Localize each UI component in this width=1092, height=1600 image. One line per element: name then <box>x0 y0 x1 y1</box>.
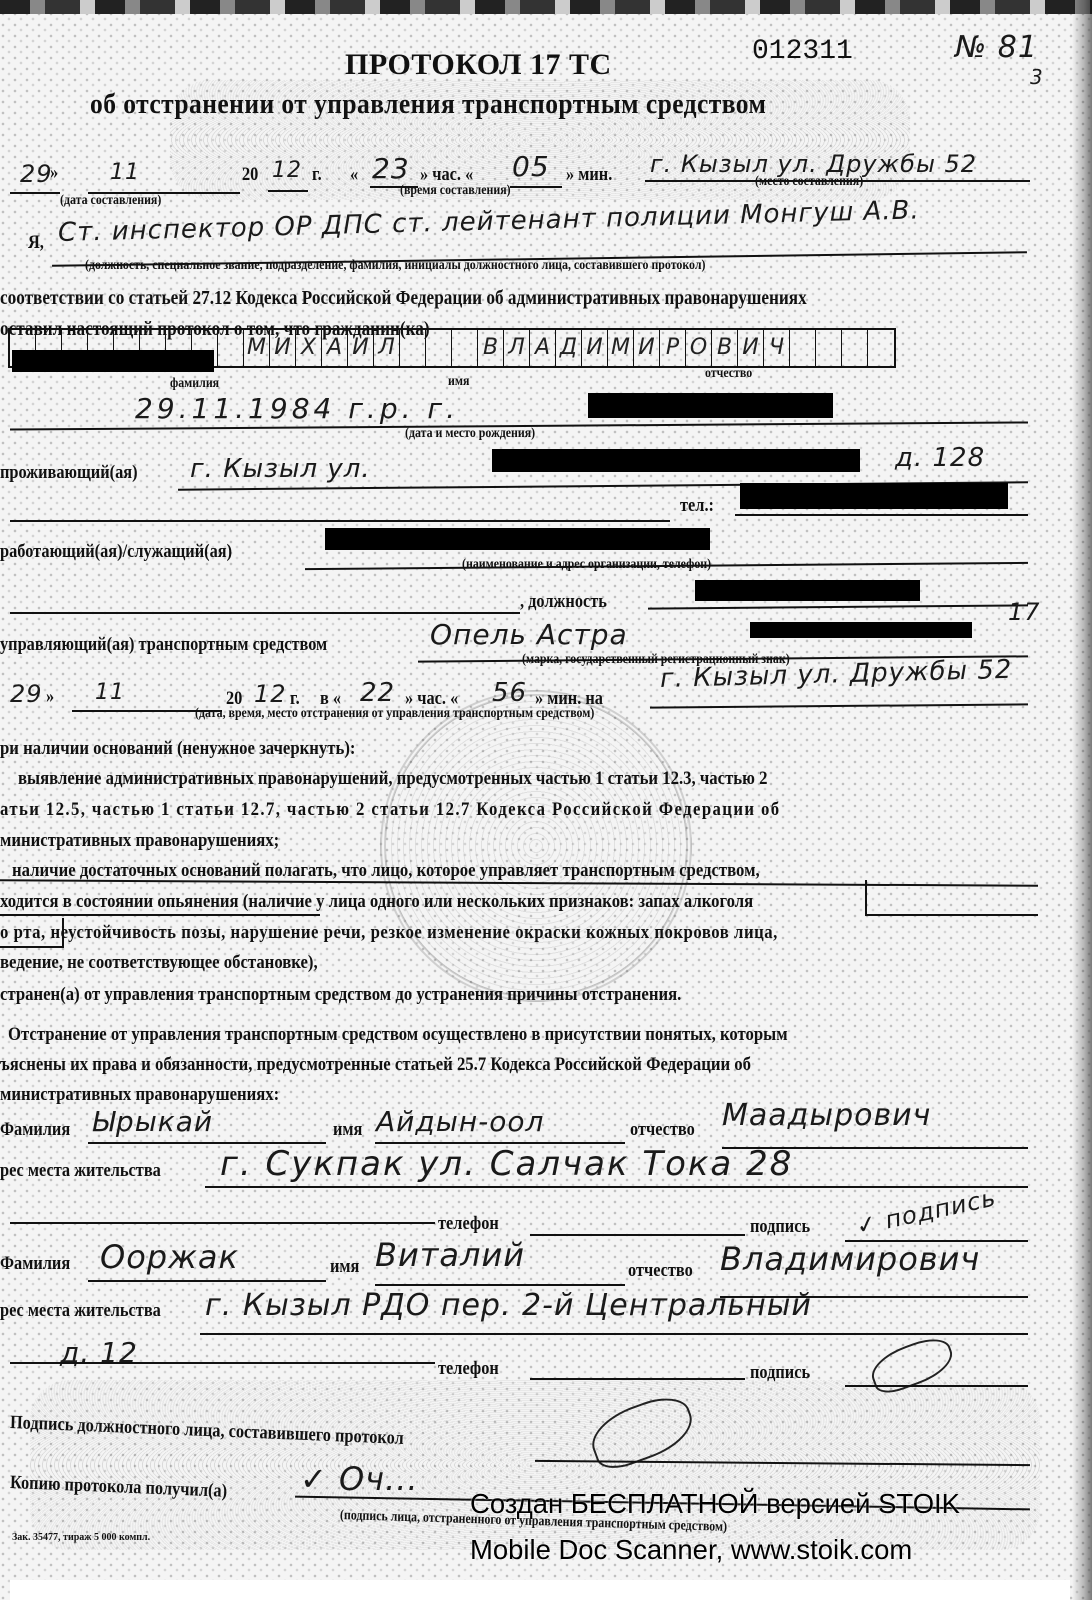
compilation-year-prefix: 20 <box>242 164 258 186</box>
field-line <box>648 604 1028 609</box>
name-grid-cell: И <box>270 330 296 366</box>
watermark-line2: Mobile Doc Scanner, www.stoik.com <box>470 1534 912 1566</box>
witness2-name-label: имя <box>330 1256 359 1278</box>
compilation-hour: 23 <box>372 152 410 185</box>
witness1-signature-label: подпись <box>750 1216 810 1238</box>
witness1-signature: ✓ подпись <box>854 1184 999 1241</box>
caption-compilation-date: (дата составления) <box>60 193 161 209</box>
field-line <box>10 520 670 522</box>
position-label: , должность <box>520 591 607 613</box>
work-label: работающий(ая)/служащий(ая) <box>0 541 232 563</box>
witnesses-intro-line2: ъяснены их права и обязанности, предусмо… <box>0 1050 751 1080</box>
removal-day: 29 <box>10 680 43 708</box>
removal-minute: 56 <box>492 678 527 708</box>
caption-officer: (должность, специальное звание, подразде… <box>85 258 706 274</box>
compilation-day-quote: » <box>50 162 58 184</box>
compilation-day: 29 <box>20 160 53 188</box>
residence-value: г. Кызыл ул. <box>190 454 371 484</box>
name-grid-cell: М <box>608 330 634 366</box>
field-line <box>735 514 1028 516</box>
bracket-mark <box>62 918 64 948</box>
watermark-line1: Создан БЕСПЛАТНОЙ версией STOIK <box>470 1488 960 1520</box>
scan-right-edge <box>1072 0 1092 1600</box>
caption-compilation-place: (место составления) <box>755 174 863 190</box>
field-line <box>845 1385 1028 1387</box>
witness2-phone-label: телефон <box>438 1358 499 1380</box>
compilation-minute-label: » мин. <box>566 164 612 186</box>
field-line <box>200 1333 1028 1335</box>
field-line <box>10 612 520 614</box>
witness2-name: Виталий <box>375 1236 525 1274</box>
field-line <box>205 1186 1028 1188</box>
removal-day-quote: » <box>46 686 54 708</box>
name-grid-cell: Д <box>556 330 582 366</box>
bracket-mark <box>865 880 867 916</box>
name-grid-cell <box>868 330 894 366</box>
officer-value: Ст. инспектор ОР ДПС ст. лейтенант полиц… <box>58 195 920 248</box>
name-grid-cell: В <box>478 330 504 366</box>
field-line <box>88 1280 326 1282</box>
name-grid-cell: В <box>712 330 738 366</box>
field-line <box>530 1234 745 1236</box>
witness2-patronymic: Владимирович <box>720 1240 980 1278</box>
bracket-underline <box>865 914 1038 916</box>
removal-year-suffix: 12 <box>254 680 287 708</box>
compilation-minute: 05 <box>512 150 550 183</box>
witness1-name: Айдын-оол <box>376 1105 544 1138</box>
compilation-year-suffix: 12 <box>272 158 302 183</box>
officer-prefix: Я, <box>28 232 44 254</box>
residence-house: д. 128 <box>895 443 985 473</box>
witness2-surname-label: Фамилия <box>0 1253 70 1275</box>
field-line <box>10 1362 435 1364</box>
name-grid-cell: И <box>634 330 660 366</box>
handwritten-reference-sub: 3 <box>1030 65 1044 89</box>
print-info: Зак. 35477, тираж 5 000 компл. <box>12 1532 150 1543</box>
witness2-address-cont: д. 12 <box>60 1336 138 1369</box>
name-grid-cell <box>816 330 842 366</box>
redacted-position <box>695 580 920 601</box>
witness1-surname-label: Фамилия <box>0 1119 70 1141</box>
serial-number: 012311 <box>752 36 853 67</box>
scanned-document-page: ПРОТОКОЛ 17 ТС 012311 № 81 3 об отстране… <box>0 0 1092 1600</box>
vehicle-value: Опель Астра <box>430 618 628 651</box>
witness1-patronymic-label: отчество <box>630 1119 695 1141</box>
phone-label: тел.: <box>680 495 714 517</box>
handwritten-reference: № 81 <box>955 30 1038 65</box>
compilation-year-label: г. <box>312 164 322 186</box>
witness1-patronymic: Маадырович <box>722 1098 931 1133</box>
field-line <box>375 1284 625 1286</box>
name-grid-cell <box>400 330 426 366</box>
name-grid-cell <box>218 330 244 366</box>
name-grid-cell <box>842 330 868 366</box>
vehicle-label: управляющий(ая) транспортным средством <box>0 634 327 656</box>
field-line <box>650 703 1028 708</box>
witness1-name-label: имя <box>333 1119 362 1141</box>
name-grid-cell: М <box>244 330 270 366</box>
grounds-option1-line2: атьи 12.5, частью 1 статьи 12.7, частью … <box>0 795 781 825</box>
copy-received-signature: ✓ Оч... <box>300 1460 419 1498</box>
grounds-option2-line4: ведение, не соответствующее обстановке), <box>0 948 318 978</box>
document-subtitle: об отстранении от управления транспортны… <box>90 88 766 121</box>
witness2-address: г. Кызыл РДО пер. 2-й Центральный <box>205 1288 812 1323</box>
witness1-phone-label: телефон <box>438 1213 499 1235</box>
grounds-option1-line3: министративных правонарушениях; <box>0 826 279 856</box>
witness2-signature-label: подпись <box>750 1362 810 1384</box>
name-grid-cell: Ч <box>764 330 790 366</box>
field-line <box>530 1378 745 1380</box>
caption-surname: фамилия <box>170 376 219 392</box>
grounds-option1-line1: выявление административных правонарушени… <box>18 764 767 794</box>
name-grid-cell: О <box>686 330 712 366</box>
name-grid-cell: А <box>322 330 348 366</box>
field-line <box>10 192 60 194</box>
witness2-address-label: рес места жительства <box>0 1300 161 1322</box>
legal-basis-line1: соответствии со статьей 27.12 Кодекса Ро… <box>0 287 807 310</box>
name-grid-cell: Р <box>660 330 686 366</box>
grounds-option2-line2: ходится в состоянии опьянения (наличие у… <box>0 887 753 917</box>
grounds-intro: ри наличии оснований (ненужное зачеркнут… <box>0 734 355 764</box>
quote-open: « <box>350 164 358 186</box>
document-title: ПРОТОКОЛ 17 ТС <box>345 48 612 82</box>
caption-birth: (дата и место рождения) <box>405 426 535 442</box>
witness1-address: г. Сукпак ул. Салчак Тока 28 <box>220 1144 793 1184</box>
name-grid-cell <box>452 330 478 366</box>
hour-label: час. <box>432 164 461 185</box>
field-line <box>510 186 562 188</box>
birth-value: 29.11.1984 г.р. г. <box>135 392 459 425</box>
name-grid-cell: Х <box>296 330 322 366</box>
scan-top-edge <box>0 0 1092 14</box>
caption-work: (наименование и адрес организации, телеф… <box>462 557 711 573</box>
page-bottom-margin <box>10 1580 1070 1600</box>
caption-removal: (дата, время, место отстранения от управ… <box>195 706 594 722</box>
grounds-option2-line3: о рта, неустойчивость позы, нарушение ре… <box>0 918 778 948</box>
grounds-conclusion: странен(а) от управления транспортным ср… <box>0 980 681 1010</box>
witness2-patronymic-label: отчество <box>628 1260 693 1282</box>
caption-name: имя <box>448 374 469 390</box>
name-grid-cell <box>790 330 816 366</box>
name-grid-cell: А <box>530 330 556 366</box>
witness1-address-label: рес места жительства <box>0 1160 161 1182</box>
vehicle-plate-tail: 17 <box>1008 598 1041 626</box>
name-grid-cell: Л <box>374 330 400 366</box>
caption-compilation-time: (время составления) <box>400 183 511 199</box>
stamp-seal-watermark <box>380 690 692 1002</box>
name-grid-cell: И <box>582 330 608 366</box>
witness1-surname: Ырыкай <box>92 1105 213 1138</box>
witness2-surname: Ооржак <box>100 1238 239 1276</box>
redacted-plate <box>750 622 972 638</box>
name-grid-cell: И <box>348 330 374 366</box>
compilation-month: 11 <box>110 160 140 185</box>
redacted-phone <box>740 483 1008 509</box>
redacted-employer <box>325 528 710 550</box>
redacted-street <box>492 449 860 472</box>
strike-underline <box>0 914 320 916</box>
redacted-surname <box>12 350 214 372</box>
removal-hour: 22 <box>360 678 395 708</box>
field-line <box>268 190 308 192</box>
field-line <box>10 1222 435 1224</box>
name-grid-cell: И <box>738 330 764 366</box>
residence-label: проживающий(ая) <box>0 462 138 484</box>
minute-label: мин. <box>578 164 612 185</box>
caption-patronymic: отчество <box>705 366 752 382</box>
redacted-birthplace <box>588 393 833 418</box>
removal-month: 11 <box>95 680 125 705</box>
name-grid-cell: Л <box>504 330 530 366</box>
name-grid-cell <box>426 330 452 366</box>
witnesses-intro-line1: Отстранение от управления транспортным с… <box>8 1020 788 1050</box>
